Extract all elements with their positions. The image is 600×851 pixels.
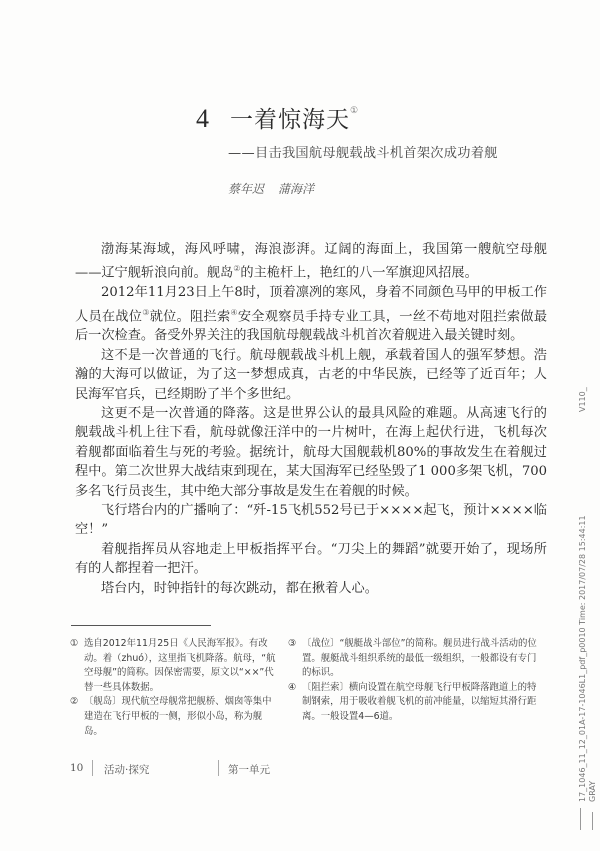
lesson-subtitle: ——目击我国航母舰载战斗机首架次成功着舰 (228, 142, 498, 161)
footnote-text: 〔阻拦索〕横向设置在航空母舰飞行甲板降落跑道上的特制钢索，用于吸收着舰飞机的前冲… (302, 681, 538, 725)
footnote-mark: ④ (288, 681, 302, 725)
footnote-divider (71, 625, 211, 626)
author-1: 蔡年迟 (228, 182, 264, 196)
footnote-text: 〔战位〕“舰艇战斗部位”的简称。舰员进行战斗活动的位置。舰艇战斗组织系统的最低一… (302, 637, 538, 681)
version-mark: V110_ (578, 387, 587, 412)
footnote-mark: ② (70, 695, 84, 739)
author-2: 蒲海洋 (278, 182, 314, 196)
footer-section: 活动·探究 (104, 762, 149, 777)
footnote-ref-4[interactable]: ④ (230, 308, 237, 317)
authors: 蔡年迟蒲海洋 (228, 180, 314, 197)
paragraph-7: 塔台内，时钟指针的每次跳动，都在揪着人心。 (75, 579, 547, 598)
footnote-text: 选自2012年11月25日《人民海军报》。有改动。着（zhuó），这里指飞机降落… (84, 637, 280, 695)
footnote-mark: ① (70, 637, 84, 695)
footer-divider (218, 760, 219, 776)
footnote-2: ② 〔舰岛〕现代航空母舰常把舰桥、烟囱等集中建造在飞行甲板的一侧，形似小岛，称为… (70, 695, 280, 739)
footnotes-right: ③ 〔战位〕“舰艇战斗部位”的简称。舰员进行战斗活动的位置。舰艇战斗组织系统的最… (288, 637, 538, 725)
lesson-title-text: 一着惊海天 (230, 107, 350, 133)
print-info-mark: 17_1046_11_12_01A-17-1046L1_pdf_p0010 Ti… (578, 515, 587, 802)
paragraph-4: 这更不是一次普通的降落。这是世界公认的最具风险的难题。从高速飞行的舰载战斗机上往… (75, 404, 547, 501)
paragraph-3: 这不是一次普通的飞行。航母舰载战斗机上舰，承载着国人的强军梦想。浩瀚的大海可以做… (75, 346, 547, 404)
footer-unit: 第一单元 (228, 762, 270, 777)
footnote-ref-3[interactable]: ③ (142, 308, 149, 317)
paragraph-2: 2012年11月23日上午8时，顶着凛冽的寒风，身着不同颜色马甲的甲板工作人员在… (75, 283, 547, 346)
paragraph-5: 飞行塔台内的广播响了：“歼-15飞机552号已于××××起飞，预计××××临空！… (75, 501, 547, 540)
footnote-text: 〔舰岛〕现代航空母舰常把舰桥、烟囱等集中建造在飞行甲板的一侧，形似小岛，称为舰岛… (84, 695, 280, 739)
footnote-ref-1[interactable]: ① (350, 106, 359, 116)
article-body: 渤海某海域，海风呼啸，海浪澎湃。辽阔的海面上，我国第一艘航空母舰——辽宁舰斩浪向… (75, 240, 547, 598)
footer-divider (92, 760, 93, 776)
page-number: 10 (70, 762, 83, 774)
paragraph-1: 渤海某海域，海风呼啸，海浪澎湃。辽阔的海面上，我国第一艘航空母舰——辽宁舰斩浪向… (75, 240, 547, 283)
crop-mark (592, 812, 593, 830)
paragraph-6: 着舰指挥员从容地走上甲板指挥平台。“刀尖上的舞蹈”就要开始了，现场所有的人都捏着… (75, 540, 547, 579)
lesson-title: 4一着惊海天① (196, 101, 359, 134)
footnote-mark: ③ (288, 637, 302, 681)
footnotes-left: ① 选自2012年11月25日《人民海军报》。有改动。着（zhuó），这里指飞机… (70, 637, 280, 739)
crop-mark (580, 808, 581, 830)
footnote-4: ④ 〔阻拦索〕横向设置在航空母舰飞行甲板降落跑道上的特制钢索，用于吸收着舰飞机的… (288, 681, 538, 725)
lesson-number: 4 (196, 104, 210, 133)
footnote-1: ① 选自2012年11月25日《人民海军报》。有改动。着（zhuó），这里指飞机… (70, 637, 280, 695)
gray-mark: GRAY (588, 781, 597, 802)
footnote-3: ③ 〔战位〕“舰艇战斗部位”的简称。舰员进行战斗活动的位置。舰艇战斗组织系统的最… (288, 637, 538, 681)
